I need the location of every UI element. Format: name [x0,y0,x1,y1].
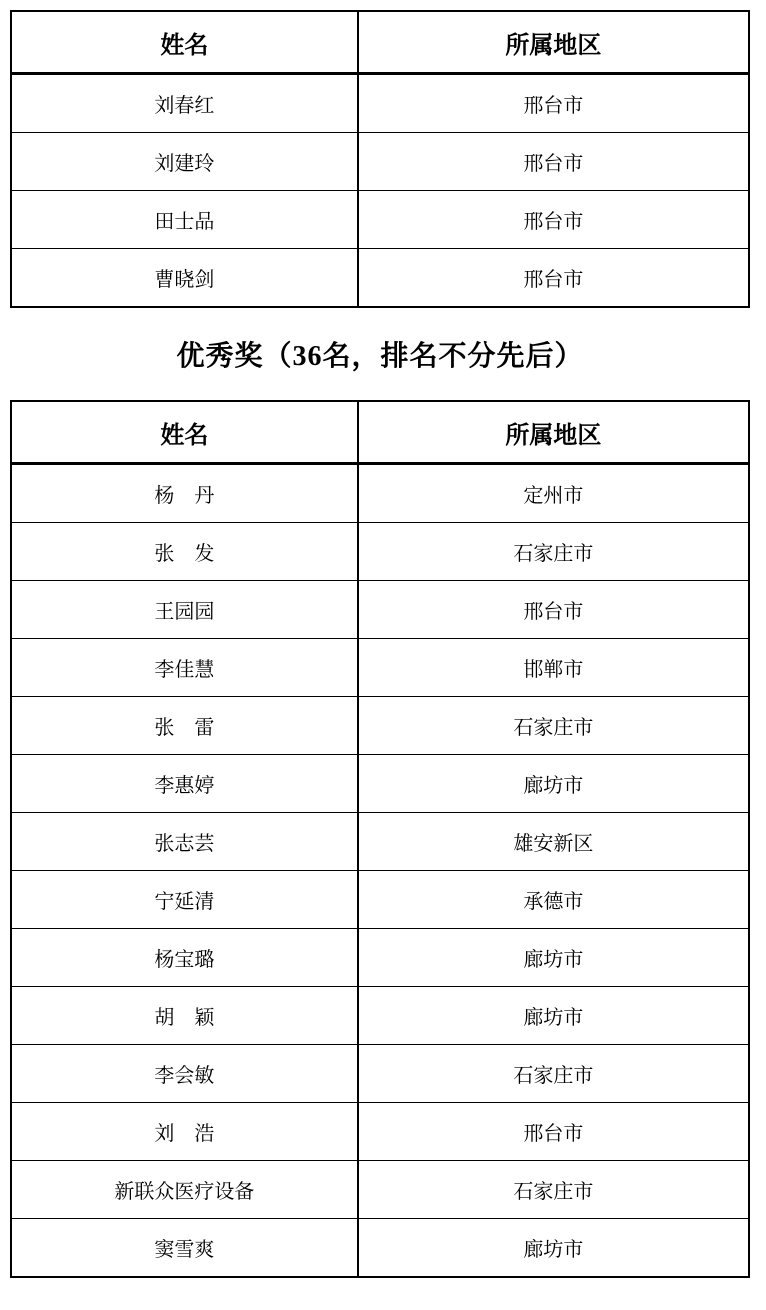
name-cell: 刘 浩 [11,1103,358,1161]
region-cell: 邢台市 [358,74,749,133]
table-row: 刘春红邢台市 [11,74,749,133]
name-cell: 刘春红 [11,74,358,133]
region-cell: 石家庄市 [358,697,749,755]
name-cell: 田士品 [11,191,358,249]
table-row: 李会敏石家庄市 [11,1045,749,1103]
region-cell: 石家庄市 [358,523,749,581]
table-row: 杨 丹定州市 [11,464,749,523]
name-cell: 刘建玲 [11,133,358,191]
region-cell: 定州市 [358,464,749,523]
column-header-name: 姓名 [11,401,358,464]
name-cell: 胡 颖 [11,987,358,1045]
region-cell: 廊坊市 [358,1219,749,1278]
table-row: 张 雷石家庄市 [11,697,749,755]
table-row: 新联众医疗设备石家庄市 [11,1161,749,1219]
header-row: 姓名 所属地区 [11,11,749,74]
column-header-region: 所属地区 [358,401,749,464]
region-cell: 邢台市 [358,1103,749,1161]
name-cell: 张志芸 [11,813,358,871]
region-cell: 石家庄市 [358,1045,749,1103]
winner-table-excellence-body: 杨 丹定州市张 发石家庄市王园园邢台市李佳慧邯郸市张 雷石家庄市李惠婷廊坊市张志… [11,464,749,1278]
table-row: 田士品邢台市 [11,191,749,249]
section-title-excellence-award: 优秀奖（36名，排名不分先后） [10,338,750,376]
winner-table-excellence-header: 姓名 所属地区 [11,401,749,464]
region-cell: 邢台市 [358,191,749,249]
region-cell: 石家庄市 [358,1161,749,1219]
name-cell: 新联众医疗设备 [11,1161,358,1219]
region-cell: 邢台市 [358,133,749,191]
table-row: 宁延清承德市 [11,871,749,929]
table-row: 李惠婷廊坊市 [11,755,749,813]
winner-table-excellence: 姓名 所属地区 杨 丹定州市张 发石家庄市王园园邢台市李佳慧邯郸市张 雷石家庄市… [10,400,750,1278]
region-cell: 邢台市 [358,249,749,308]
region-cell: 邢台市 [358,581,749,639]
name-cell: 宁延清 [11,871,358,929]
name-cell: 曹晓剑 [11,249,358,308]
name-cell: 杨 丹 [11,464,358,523]
winner-table-top-body: 刘春红邢台市刘建玲邢台市田士品邢台市曹晓剑邢台市 [11,74,749,308]
region-cell: 廊坊市 [358,755,749,813]
table-row: 刘建玲邢台市 [11,133,749,191]
name-cell: 王园园 [11,581,358,639]
region-cell: 承德市 [358,871,749,929]
column-header-region: 所属地区 [358,11,749,74]
table-row: 杨宝璐廊坊市 [11,929,749,987]
table-row: 曹晓剑邢台市 [11,249,749,308]
name-cell: 张 发 [11,523,358,581]
name-cell: 张 雷 [11,697,358,755]
region-cell: 雄安新区 [358,813,749,871]
region-cell: 廊坊市 [358,987,749,1045]
header-row: 姓名 所属地区 [11,401,749,464]
column-header-name: 姓名 [11,11,358,74]
table-row: 张志芸雄安新区 [11,813,749,871]
document-page: 姓名 所属地区 刘春红邢台市刘建玲邢台市田士品邢台市曹晓剑邢台市 优秀奖（36名… [0,0,766,1310]
table-row: 王园园邢台市 [11,581,749,639]
name-cell: 李会敏 [11,1045,358,1103]
region-cell: 邯郸市 [358,639,749,697]
winner-table-top: 姓名 所属地区 刘春红邢台市刘建玲邢台市田士品邢台市曹晓剑邢台市 [10,10,750,308]
name-cell: 窦雪爽 [11,1219,358,1278]
region-cell: 廊坊市 [358,929,749,987]
name-cell: 李惠婷 [11,755,358,813]
table-row: 窦雪爽廊坊市 [11,1219,749,1278]
winner-table-top-header: 姓名 所属地区 [11,11,749,74]
table-row: 张 发石家庄市 [11,523,749,581]
table-row: 胡 颖廊坊市 [11,987,749,1045]
table-row: 李佳慧邯郸市 [11,639,749,697]
name-cell: 李佳慧 [11,639,358,697]
name-cell: 杨宝璐 [11,929,358,987]
table-row: 刘 浩邢台市 [11,1103,749,1161]
